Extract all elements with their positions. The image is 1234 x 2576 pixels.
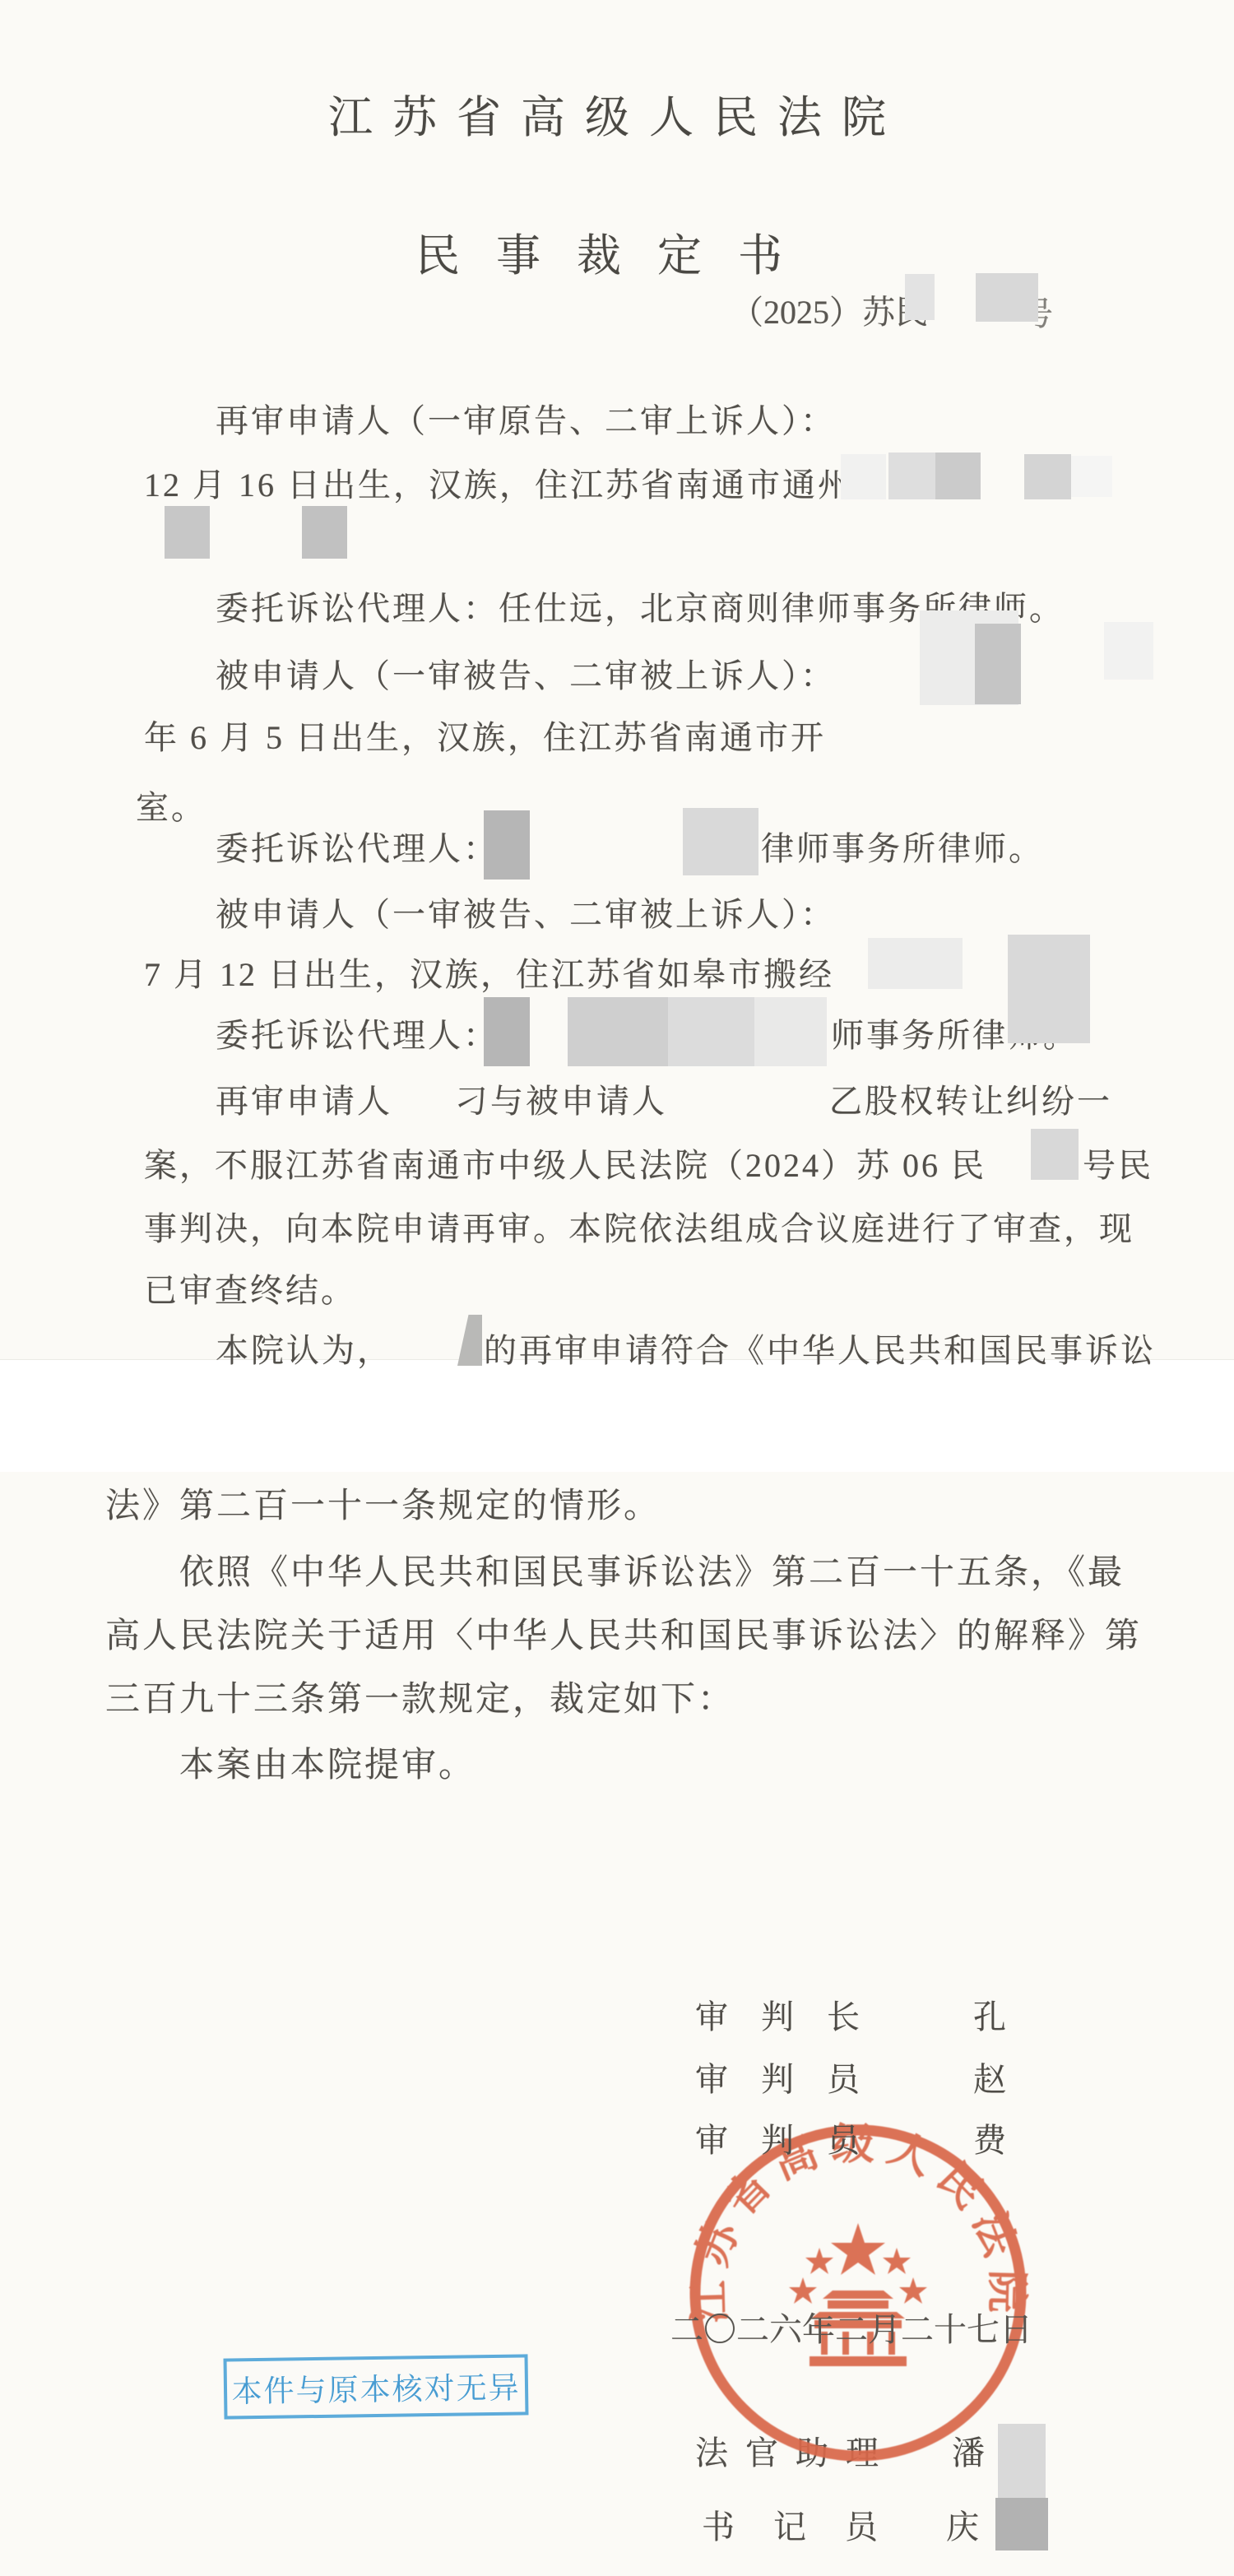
opinion-suffix: 的再审申请符合《中华人民共和国民事诉讼	[484, 1325, 1156, 1372]
ruling-line3: 高人民法院关于适用〈中华人民共和国民事诉讼法〉的解释》第	[105, 1608, 1142, 1658]
redaction-box	[1031, 1129, 1079, 1180]
case-summary-line2b: 号民	[1083, 1139, 1153, 1186]
case-summary-c: 乙股权转让纠纷一	[829, 1075, 1112, 1122]
respondent1-line3: 室。	[136, 782, 206, 828]
judge-role: 审判员	[695, 2054, 893, 2100]
redaction-box	[457, 1315, 482, 1366]
ruling-line1: 法》第二百一十一条规定的情形。	[105, 1478, 661, 1528]
judge-role: 审判员	[695, 2114, 893, 2161]
redaction-box	[1071, 456, 1112, 497]
redaction-box	[668, 997, 754, 1066]
petitioner-line1: 再审申请人（一审原告、二审上诉人）：	[216, 395, 836, 442]
case-summary-line3: 事判决，向本院申请再审。本院依法组成合议庭进行了审查，现	[144, 1203, 1134, 1250]
redaction-box	[935, 453, 981, 499]
case-summary-b: 刁与被申请人	[455, 1075, 667, 1122]
court-seal: 江苏省高级人民法院	[681, 2116, 1035, 2470]
ruling-line5: 本案由本院提审。	[179, 1738, 476, 1787]
redaction-box	[683, 808, 758, 875]
judge-name: 费	[973, 2114, 1006, 2161]
case-summary-line2a: 案，不服江苏省南通市中级人民法院（2024）苏 06 民	[144, 1139, 986, 1186]
redaction-box	[976, 273, 1038, 322]
case-summary-line4: 已审查终结。	[144, 1265, 356, 1311]
doc-type-title: 民事裁定书	[0, 220, 1234, 284]
ruling-line4: 三百九十三条第一款规定，裁定如下：	[105, 1672, 735, 1721]
redaction-box	[484, 997, 530, 1066]
redaction-box	[995, 2498, 1048, 2550]
agent2-suffix: 律师事务所律师。	[761, 823, 1044, 870]
redaction-box	[568, 997, 668, 1066]
verification-stamp: 本件与原本核对无异	[224, 2354, 529, 2419]
clerk-name: 庆	[946, 2501, 979, 2548]
judge-name: 赵	[973, 2054, 1006, 2100]
redaction-box	[975, 624, 1021, 704]
agent3-prefix: 委托诉讼代理人：	[216, 1010, 499, 1056]
opinion-prefix: 本院认为，	[216, 1325, 392, 1372]
redaction-box	[302, 506, 347, 559]
ruling-line2: 依照《中华人民共和国民事诉讼法》第二百一十五条，《最	[179, 1545, 1125, 1594]
redaction-box	[754, 997, 827, 1066]
judge-role: 审判长	[695, 1991, 893, 2038]
petitioner-line2: 12 月 16 日出生，汉族，住江苏省南通市通州	[144, 459, 853, 506]
page-break-band	[0, 1359, 1234, 1472]
respondent2-line2: 7 月 12 日出生，汉族，住江苏省如皋市搬经	[144, 949, 834, 996]
case-number: （2025）苏民	[731, 286, 928, 333]
respondent2-line1: 被申请人（一审被告、二审被上诉人）：	[216, 889, 836, 935]
redaction-box	[868, 938, 963, 989]
redaction-box	[165, 506, 210, 559]
redaction-box	[841, 454, 886, 499]
redaction-box	[1024, 454, 1071, 499]
redaction-box	[998, 2424, 1046, 2498]
redaction-box	[1104, 622, 1153, 680]
judge-name: 孔	[973, 1991, 1006, 2038]
respondent1-line1: 被申请人（一审被告、二审被上诉人）：	[216, 650, 836, 697]
clerk-role: 书记员	[702, 2501, 916, 2548]
verification-stamp-text: 本件与原本核对无异	[231, 2363, 521, 2411]
court-name-title: 江苏省高级人民法院	[0, 82, 1234, 146]
agent2-prefix: 委托诉讼代理人：	[216, 823, 499, 870]
redaction-box	[888, 453, 935, 499]
respondent1-line2: 年 6 月 5 日出生，汉族，住江苏省南通市开	[144, 712, 826, 759]
ruling-date: 二〇二六年二月二十七日	[670, 2304, 1032, 2351]
redaction-box	[484, 810, 530, 880]
case-summary-a: 再审申请人	[216, 1075, 392, 1122]
redaction-box	[1008, 935, 1090, 1043]
redaction-box	[905, 274, 935, 320]
court-ruling-document: 江苏省高级人民法院 民事裁定书 （2025）苏民 号 再审申请人（一审原告、二审…	[0, 0, 1234, 2576]
